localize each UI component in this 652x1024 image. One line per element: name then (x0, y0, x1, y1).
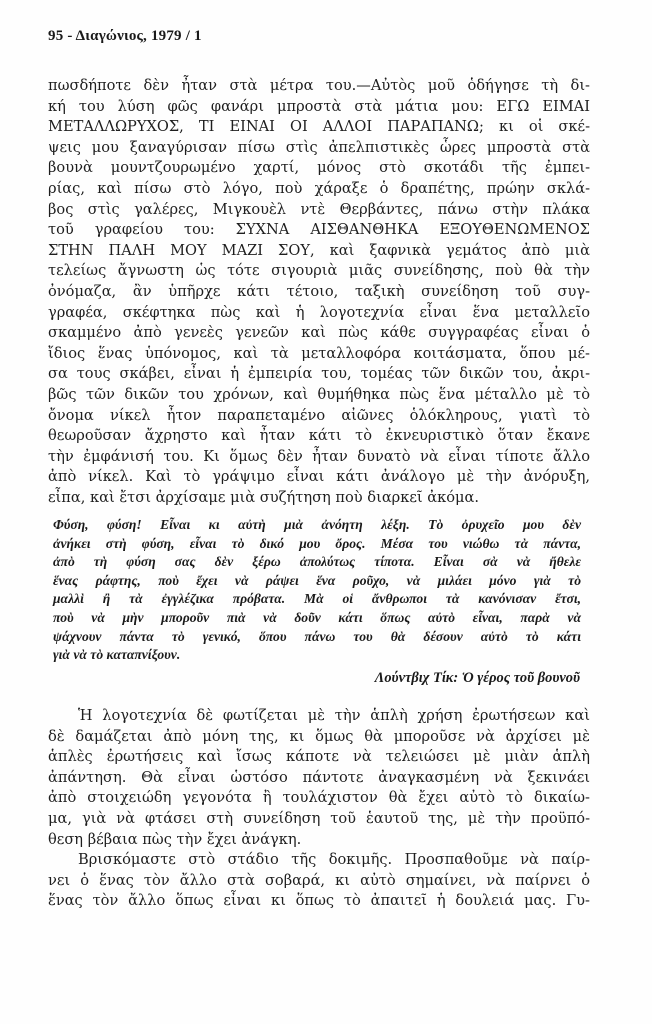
quote-attribution: Λούντβιχ Τίκ: Ὁ γέρος τοῦ βουνοῦ (375, 670, 580, 687)
text-line: γιὰ νὰ τὸ καταπνίξουν. (53, 646, 581, 665)
text-line: μαλλὶ ἢ τὰ ἐγγλέζικα πρόβατα. Μὰ οἱ ἄνθρ… (53, 590, 581, 609)
text-line: ἴδιος ἕνας ὑπόνομος, καὶ τὰ μεταλλοφόρα … (48, 344, 590, 365)
text-line: βουνὰ μουντζουρωμένο χαρτί, μόνος στὸ σκ… (48, 158, 590, 179)
text-line: βος στὶς γαλέρες, Μιγκουὲλ ντὲ Θερβάντες… (48, 200, 590, 221)
block-quote: Φύση, φύση! Εἶναι κι αὐτὴ μιὰ ἀνόητη λέξ… (53, 516, 581, 665)
text-line: τοῦ γραφείου του: ΣΥΧΝΑ ΑΙΣΘΑΝΘΗΚΑ ΕΞΟΥΘ… (48, 220, 590, 241)
text-line: ρίας, καὶ πίσω στὸ λόγο, ποὺ χάραξε ὁ δρ… (48, 179, 590, 200)
text-line: δὲ δαμάζεται ἀπὸ μόνη της, κι ὅμως θὰ μπ… (48, 727, 590, 748)
text-line: ἀπὸ τὴ φύση σας δὲν ξέρω ἀπολύτως τίποτα… (53, 553, 581, 572)
text-line: τελείως ἄγνωστη ὡς τότε σιγουριὰ μιᾶς συ… (48, 261, 590, 282)
text-line: ψάχνουν πάντα τὸ γενικό, ὅπου πάνω του θ… (53, 628, 581, 647)
text-line: Φύση, φύση! Εἶναι κι αὐτὴ μιὰ ἀνόητη λέξ… (53, 516, 581, 535)
text-line: θεωροῦσαν ἄχρηστο καὶ ἦταν κάτι τὸ ἐκνευ… (48, 426, 590, 447)
text-line: τὴν ἐμφάνισή του. Κι ὅμως δὲν ἦταν δυνατ… (48, 447, 590, 468)
text-line: ἀπὸ νίκελ. Καὶ τὸ γράψιμο εἶναι κάτι ἀνά… (48, 467, 590, 488)
running-head: 95 - Διαγώνιος, 1979 / 1 (48, 28, 202, 45)
document-page: 95 - Διαγώνιος, 1979 / 1 πωσδήποτε δὲν ἦ… (0, 0, 652, 1024)
text-line: ψεις μου ξαναγύρισαν πίσω στὶς ἀπελπιστι… (48, 138, 590, 159)
text-line: εἶπα, καὶ ἔτσι ἀρχίσαμε μιὰ συζήτηση ποὺ… (48, 488, 590, 509)
text-line: γραφέα, σκέφτηκα πὼς καὶ ἡ λογοτεχνία εἶ… (48, 303, 590, 324)
text-line: ὀνόμαζα, ἂν ὑπῆρχε κάτι τέτοιο, ταξικὴ σ… (48, 282, 590, 303)
text-line: ἀπὸ στοιχειώδη γεγονότα ἢ τουλάχιστον θὰ… (48, 788, 590, 809)
paragraph-1: πωσδήποτε δὲν ἦταν στὰ μέτρα του.—Αὐτὸς … (48, 76, 590, 508)
text-line: κή του λύση φῶς φανάρι μπροστὰ στὰ μάτια… (48, 97, 590, 118)
text-line: μα, γιὰ νὰ φτάσει στὴ συνείδηση τοῦ ἑαυτ… (48, 809, 590, 830)
text-line: ἕνας ράφτης, ποὺ ἔχει νὰ ράψει ἕνα ροῦχο… (53, 572, 581, 591)
text-line: ἀπάντηση. Θὰ εἶναι ὡστόσο πάντοτε ἀναγκα… (48, 768, 590, 789)
text-line: ὄνομα νίκελ ἦτον παραπεταμένο αἰῶνες ὁλό… (48, 406, 590, 427)
text-line: πωσδήποτε δὲν ἦταν στὰ μέτρα του.—Αὐτὸς … (48, 76, 590, 97)
text-line: θεση βέβαια πὼς τὴν ἔχει ἀνάγκη. (48, 830, 590, 851)
text-line: ἕνας τὸν ἄλλο ὅπως εἶναι κι ὅπως τὸ ἀπαι… (48, 891, 590, 912)
text-line: νει ὁ ἕνας τὸν ἄλλο στὰ σοβαρά, κι αὐτὸ … (48, 871, 590, 892)
paragraph-2: Ἡ λογοτεχνία δὲ φωτίζεται μὲ τὴν ἁπλὴ χρ… (48, 706, 590, 850)
text-line: ἀνήκει στὴ φύση, εἶναι τὸ δικό μου ὄρος.… (53, 535, 581, 554)
text-line: Ἡ λογοτεχνία δὲ φωτίζεται μὲ τὴν ἁπλὴ χρ… (48, 706, 590, 727)
text-line: ΣΤΗΝ ΠΑΛΗ ΜΟΥ ΜΑΖΙ ΣΟΥ, καὶ ξαφνικὰ γεμά… (48, 241, 590, 262)
text-line: Βρισκόμαστε στὸ στάδιο τῆς δοκιμῆς. Προσ… (48, 850, 590, 871)
text-line: ΜΕΤΑΛΛΩΡΥΧΟΣ, ΤΙ ΕΙΝΑΙ ΟΙ ΑΛΛΟΙ ΠΑΡΑΠΑΝΩ… (48, 117, 590, 138)
paragraph-3: Βρισκόμαστε στὸ στάδιο τῆς δοκιμῆς. Προσ… (48, 850, 590, 912)
text-line: βῶς τῶν δικῶν του χρόνων, καὶ θυμήθηκα π… (48, 385, 590, 406)
text-line: ἁπλὲς ἐρωτήσεις καὶ ἴσως κάποτε νὰ τελει… (48, 747, 590, 768)
text-line: σα τους σκάβει, εἶναι ἡ ἐμπειρία του, το… (48, 364, 590, 385)
text-line: σκαμμένο ἀπὸ γενεὲς γενεῶν καὶ πὼς κάθε … (48, 323, 590, 344)
text-line: ποὺ νὰ μὴν μποροῦν πιὰ νὰ δοῦν κάτι ὅπως… (53, 609, 581, 628)
